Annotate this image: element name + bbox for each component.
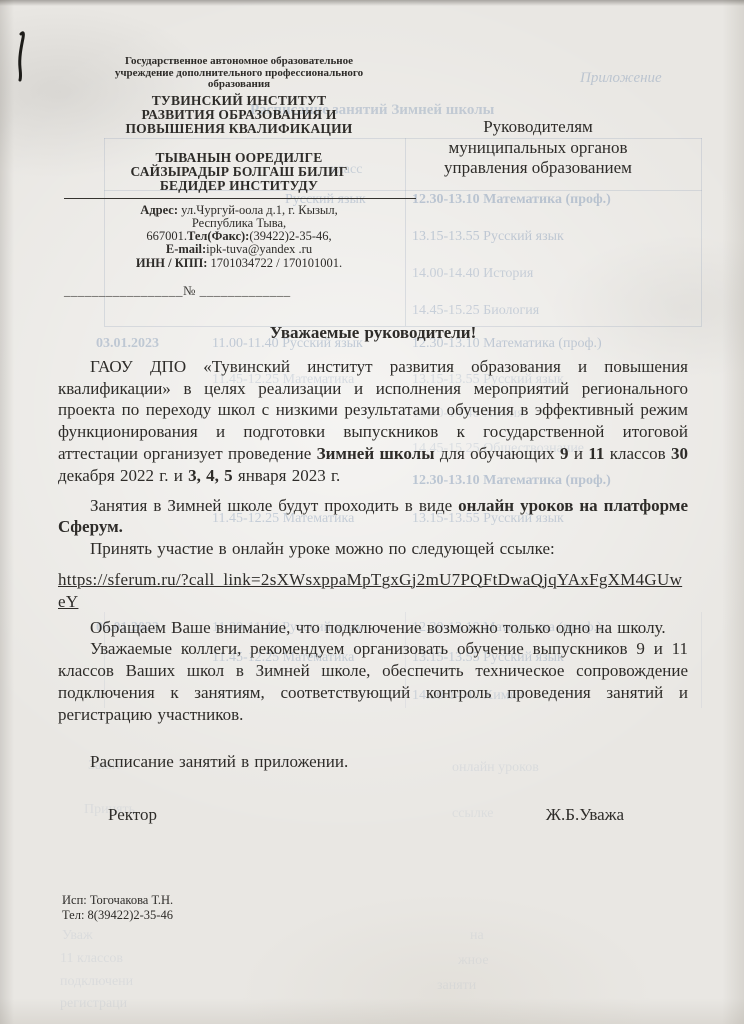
ghost-table-line (701, 138, 702, 326)
bleedthrough-text: 11 классов (60, 951, 123, 967)
org-name-ru-line: РАЗВИТИЯ ОБРАЗОВАНИЯ И (141, 107, 336, 122)
date-emphasis: 30 (671, 444, 688, 463)
address-value: Республика Тыва, (192, 216, 286, 230)
winter-school-emphasis: Зимней школы (317, 444, 435, 463)
phone-value: (39422)2-35-46, (249, 229, 331, 243)
salutation: Уважаемые руководители! (58, 322, 688, 344)
paragraph-text: декабря 2022 г. и (58, 466, 188, 485)
ghost-table-line (701, 612, 702, 708)
address-label: Адрес: (140, 203, 178, 217)
executor-phone: Тел: 8(39422)2-35-46 (62, 908, 173, 922)
paragraph-text: января 2023 г. (233, 466, 341, 485)
outgoing-number-line: _________________№ _____________ (58, 283, 420, 298)
addressee-block: Руководителям муниципальных органов упра… (430, 117, 646, 179)
org-name-tuvan-line: БЕДИДЕР ИНСТИТУДУ (160, 178, 318, 193)
email-label: E-mail: (166, 242, 206, 256)
letterhead-divider (64, 198, 416, 199)
paragraph-format: Занятия в Зимней школе будут проходить в… (58, 495, 688, 539)
paragraph-recommendation: Уважаемые коллеги, рекомендуем организов… (58, 638, 688, 725)
bleedthrough-text: на (470, 928, 484, 944)
bleedthrough-text: Уваж (62, 928, 93, 944)
signature-row: Ректор Ж.Б.Уважа (58, 804, 688, 826)
address-value: ул.Чургуй-оола д.1, г. Кызыл, (178, 203, 338, 217)
phone-label: Тел(Факс): (187, 229, 249, 243)
paragraph-text: и (569, 444, 589, 463)
bleedthrough-text: 14.00-14.40 История (412, 266, 533, 282)
sferum-link[interactable]: https://sferum.ru/?call_link=2sXWsxppaMp… (58, 570, 682, 611)
org-name-tuvan-line: ТЫВАНЫН ООРЕДИЛГЕ (156, 150, 323, 165)
inn-kpp-value: 1701034722 / 170101001. (207, 256, 342, 270)
bleedthrough-text: подключени (60, 974, 133, 990)
document-page: ПриложениеРасписание занятий Зимней школ… (0, 0, 744, 1024)
paragraph-attachment: Расписание занятий в приложении. (58, 751, 688, 773)
address-value: 667001. (146, 229, 187, 243)
letterhead: Государственное автономное образовательн… (58, 56, 420, 298)
executor-footer: Исп: Тогочакова Т.Н. Тел: 8(39422)2-35-4… (62, 893, 173, 923)
org-name-ru-line: ПОВЫШЕНИЯ КВАЛИФИКАЦИИ (125, 121, 352, 136)
bleedthrough-text: 12.30-13.10 Математика (проф.) (412, 192, 611, 208)
bleedthrough-text: 14.45-15.25 Биология (412, 303, 539, 319)
executor-name: Исп: Тогочакова Т.Н. (62, 893, 173, 907)
grade-11-emphasis: 11 (588, 444, 604, 463)
paragraph-notice: Обращаем Ваше внимание, что подключение … (58, 617, 688, 639)
paragraph-link-intro: Принять участие в онлайн уроке можно по … (58, 538, 688, 560)
email-value: ipk-tuva@yandex .ru (206, 242, 312, 256)
addressee-line: Руководителям (483, 117, 593, 136)
org-name-ru: ТУВИНСКИЙ ИНСТИТУТ РАЗВИТИЯ ОБРАЗОВАНИЯ … (58, 94, 420, 136)
addressee-line: муниципальных органов (448, 138, 627, 157)
org-name-tuvan: ТЫВАНЫН ООРЕДИЛГЕ САЙЗЫРАДЫР БОЛГАШ БИЛИ… (58, 151, 420, 193)
paragraph-intro: ГАОУ ДПО «Тувинский институт развития об… (58, 356, 688, 487)
signature-name: Ж.Б.Уважа (546, 804, 624, 826)
org-name-ru-line: ТУВИНСКИЙ ИНСТИТУТ (152, 93, 327, 108)
bleedthrough-text: 13.15-13.55 Русский язык (412, 229, 564, 245)
org-name-tuvan-line: САЙЗЫРАДЫР БОЛГАШ БИЛИГ (130, 164, 347, 179)
org-type-line: образования (58, 79, 420, 91)
paragraph-text: классов (604, 444, 671, 463)
letter-body: Уважаемые руководители! ГАОУ ДПО «Тувинс… (58, 322, 688, 826)
grade-9-emphasis: 9 (560, 444, 569, 463)
pen-mark (10, 26, 50, 116)
org-type-line: Государственное автономное образовательн… (58, 56, 420, 68)
paragraph-text: Занятия в Зимней школе будут проходить в… (90, 496, 458, 515)
bleedthrough-text: Приложение (580, 70, 662, 87)
signature-title: Ректор (108, 804, 157, 826)
inn-kpp-label: ИНН / КПП: (136, 256, 208, 270)
org-address: Адрес: ул.Чургуй-оола д.1, г. Кызыл, Рес… (58, 204, 420, 270)
paragraph-link: https://sferum.ru/?call_link=2sXWsxppaMp… (58, 569, 688, 613)
addressee-line: управления образованием (444, 158, 632, 177)
dates-emphasis: 3, 4, 5 (188, 466, 233, 485)
bleedthrough-text: регистраци (60, 996, 127, 1012)
bleedthrough-text: заняти (437, 978, 476, 994)
paragraph-text: для обучающих (435, 444, 561, 463)
bleedthrough-text: жное (458, 953, 489, 969)
